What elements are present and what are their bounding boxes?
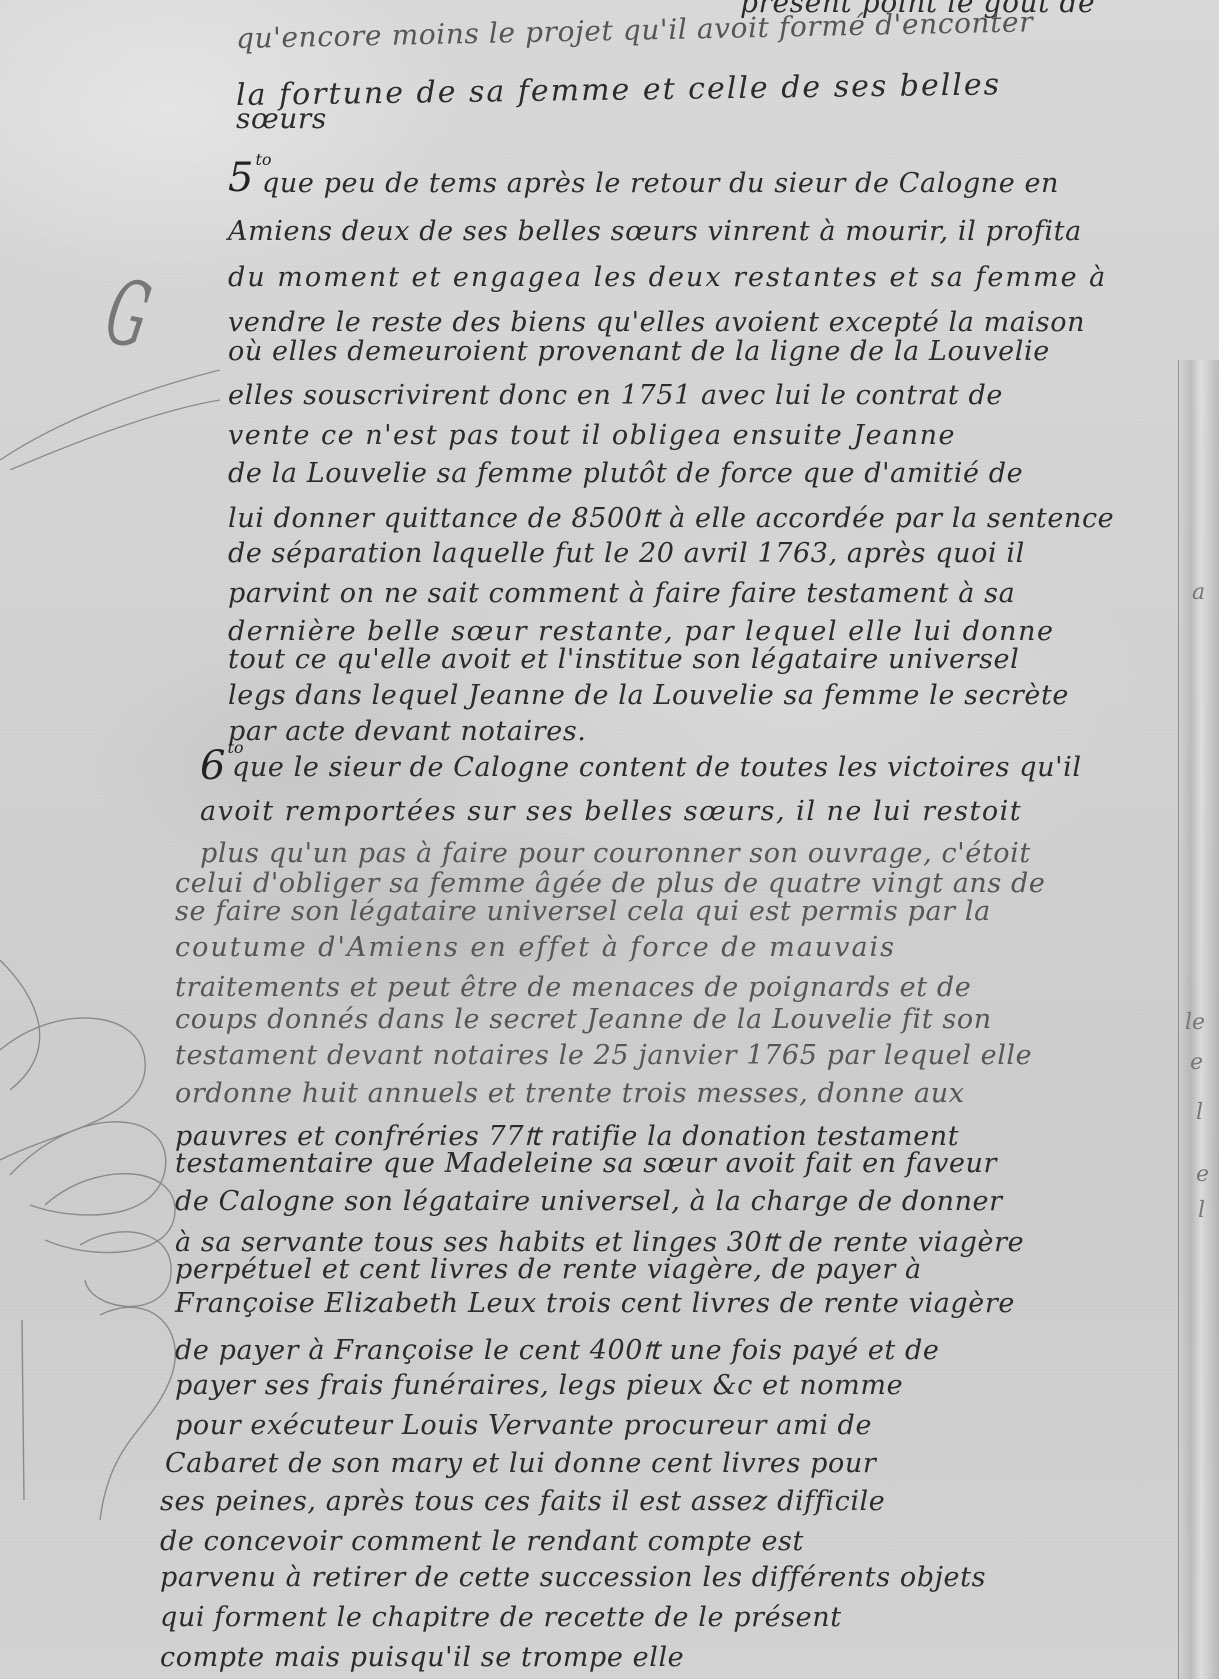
text-line: Cabaret de son mary et lui donne cent li…	[165, 1448, 876, 1479]
right-margin-mark: l	[1198, 1198, 1205, 1223]
right-margin-mark: e	[1196, 1162, 1209, 1187]
text-line: sœurs	[236, 102, 327, 135]
text-line: tout ce qu'elle avoit et l'institue son …	[228, 644, 1019, 675]
text-line: de Calogne son légataire universel, à la…	[175, 1186, 1003, 1217]
text-line: pour exécuteur Louis Vervante procureur …	[175, 1410, 872, 1441]
text-line: dernière belle sœur restante, par lequel…	[228, 616, 1054, 647]
text-line: traitements et peut être de menaces de p…	[175, 972, 971, 1003]
text-line: perpétuel et cent livres de rente viagèr…	[175, 1254, 922, 1285]
text-line: du moment et engagea les deux restantes …	[228, 262, 1107, 293]
text-line: vente ce n'est pas tout il obligea ensui…	[228, 420, 956, 451]
right-margin-mark: le	[1185, 1010, 1205, 1035]
text-line: coutume d'Amiens en effet à force de mau…	[175, 932, 896, 963]
text-line: Amiens deux de ses belles sœurs vinrent …	[228, 216, 1082, 247]
margin-swirl-decoration	[0, 960, 200, 1520]
text-line: ses peines, après tous ces faits il est …	[160, 1486, 885, 1517]
text-line: de concevoir comment le rendant compte e…	[160, 1526, 804, 1557]
text-line: que peu de tems après le retour du sieur…	[262, 168, 1059, 199]
text-line: vendre le reste des biens qu'elles avoie…	[228, 307, 1085, 338]
text-line: de payer à Françoise le cent 400₶ une fo…	[175, 1330, 940, 1367]
text-line: de la Louvelie sa femme plutôt de force …	[228, 458, 1023, 489]
text-line: legs dans lequel Jeanne de la Louvelie s…	[228, 680, 1069, 711]
text-line: par acte devant notaires.	[228, 716, 587, 747]
right-margin-mark: l	[1196, 1100, 1203, 1125]
text-line: coups donnés dans le secret Jeanne de la…	[175, 1004, 992, 1035]
text-line: ordonne huit annuels et trente trois mes…	[175, 1078, 965, 1109]
manuscript-page: G present point le gout de qu'encore moi…	[0, 0, 1219, 1679]
text-line: elles souscrivirent donc en 1751 avec lu…	[228, 380, 1003, 411]
text-line: la fortune de sa femme et celle de ses b…	[236, 67, 1002, 113]
text-line: parvint on ne sait comment à faire faire…	[228, 578, 1015, 609]
text-line: plus qu'un pas à faire pour couronner so…	[200, 838, 1031, 869]
text-line: testamentaire que Madeleine sa sœur avoi…	[175, 1148, 997, 1179]
text-line: de séparation laquelle fut le 20 avril 1…	[228, 538, 1025, 569]
text-line: lui donner quittance de 8500₶ à elle acc…	[228, 498, 1114, 535]
right-margin-mark: a	[1192, 580, 1205, 605]
text-line: parvenu à retirer de cette succession le…	[160, 1562, 986, 1593]
text-line: que le sieur de Calogne content de toute…	[232, 752, 1082, 783]
text-line: compte mais puisqu'il se trompe elle	[160, 1642, 684, 1673]
text-line: celui d'obliger sa femme âgée de plus de…	[175, 868, 1046, 899]
text-line: se faire son légataire universel cela qu…	[175, 896, 991, 927]
text-line: où elles demeuroient provenant de la lig…	[228, 336, 1050, 367]
margin-swirl-top	[0, 330, 220, 470]
right-margin-mark: e	[1190, 1050, 1203, 1075]
text-line: avoit remportées sur ses belles sœurs, i…	[200, 796, 1022, 827]
text-line: qu'encore moins le projet qu'il avoit fo…	[236, 5, 1034, 55]
text-line: Françoise Elizabeth Leux trois cent livr…	[175, 1288, 1015, 1319]
text-line: qui forment le chapitre de recette de le…	[160, 1602, 842, 1633]
text-line: testament devant notaires le 25 janvier …	[175, 1040, 1032, 1071]
text-line: payer ses frais funéraires, legs pieux &…	[175, 1370, 903, 1401]
